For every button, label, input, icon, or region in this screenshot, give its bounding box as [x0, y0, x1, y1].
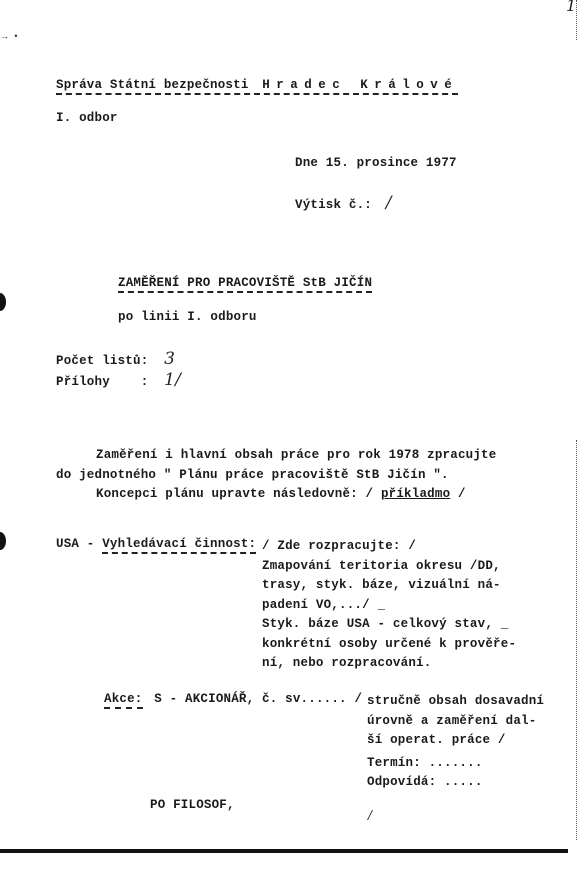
punch-hole-lower: [0, 532, 6, 550]
sheet-count-label: Počet listů:: [56, 354, 148, 368]
po-filosof-label: PO FILOSOF,: [150, 798, 235, 812]
department: I. odbor: [56, 111, 118, 125]
document-subtitle: po linii I. odboru: [118, 310, 257, 324]
akce-body: stručně obsah dosavadní úrovně a zaměřen…: [367, 692, 544, 751]
usa-line: trasy, styk. báze, vizuální ná-: [262, 576, 516, 596]
organization-city: Hradec Králové: [262, 78, 458, 92]
usa-line: / Zde rozpracujte: /: [262, 537, 516, 557]
punch-hole-upper: [0, 293, 6, 311]
akce-line: ší operat. práce /: [367, 731, 544, 751]
document-date: Dne 15. prosince 1977: [295, 156, 457, 170]
intro-line-2: do jednotného " Plánu práce pracoviště S…: [56, 468, 449, 482]
usa-line: padení VO,.../ _: [262, 596, 516, 616]
intro-line-3-suffix: /: [458, 487, 466, 501]
usa-section-body: / Zde rozpracujte: / Zmapování teritoria…: [262, 537, 516, 674]
intro-line-1: Zaměření i hlavní obsah práce pro rok 19…: [96, 448, 496, 462]
corner-mark: → •: [2, 32, 19, 42]
usa-line: konkrétní osoby určené k prověře-: [262, 635, 516, 655]
bottom-edge-bar: [0, 849, 568, 853]
sheet-count-value: 3: [164, 349, 175, 369]
akce-line: úrovně a zaměření dal-: [367, 712, 544, 732]
organization-header: Správa Státní bezpečnosti Hradec Králové: [56, 78, 458, 95]
akce-line: stručně obsah dosavadní: [367, 692, 544, 712]
document-title: ZAMĚŘENÍ PRO PRACOVIŠTĚ StB JIČÍN: [118, 276, 372, 293]
akce-label: Akce:: [104, 692, 143, 709]
organization-prefix: Správa Státní bezpečnosti: [56, 78, 249, 92]
attachments-value: 1/: [164, 370, 181, 390]
intro-line-3: Koncepci plánu upravte následovně: / pří…: [96, 487, 466, 501]
attachments-label: Přílohy :: [56, 375, 148, 389]
usa-prefix: USA -: [56, 537, 95, 551]
intro-line-3-emphasis: příkladmo: [381, 487, 450, 501]
akce-item: S - AKCIONÁŘ, č. sv...... /: [154, 692, 362, 706]
attachments: Přílohy : 1/: [56, 370, 181, 390]
po-mark: /: [368, 808, 372, 822]
copy-value-handwritten: /: [386, 193, 392, 213]
intro-line-3-prefix: Koncepci plánu upravte následovně: /: [96, 487, 373, 501]
term-field: Termín: .......: [367, 756, 483, 770]
usa-line: Styk. báze USA - celkový stav, _: [262, 615, 516, 635]
right-edge-mark: [576, 440, 578, 840]
usa-line: ní, nebo rozpracování.: [262, 654, 516, 674]
responsible-field: Odpovídá: .....: [367, 775, 483, 789]
usa-section-heading: USA - Vyhledávací činnost:: [56, 537, 256, 551]
usa-line: Zmapování teritoria okresu /DD,: [262, 557, 516, 577]
usa-heading: Vyhledávací činnost:: [102, 537, 256, 554]
akce-heading: Akce: S - AKCIONÁŘ, č. sv...... /: [104, 692, 362, 706]
right-edge-mark-top: [576, 0, 578, 40]
sheet-count: Počet listů: 3: [56, 349, 175, 369]
copy-label: Výtisk č.:: [295, 198, 372, 212]
copy-number: Výtisk č.: /: [295, 193, 392, 213]
page-number-handwritten: 1: [566, 0, 576, 15]
